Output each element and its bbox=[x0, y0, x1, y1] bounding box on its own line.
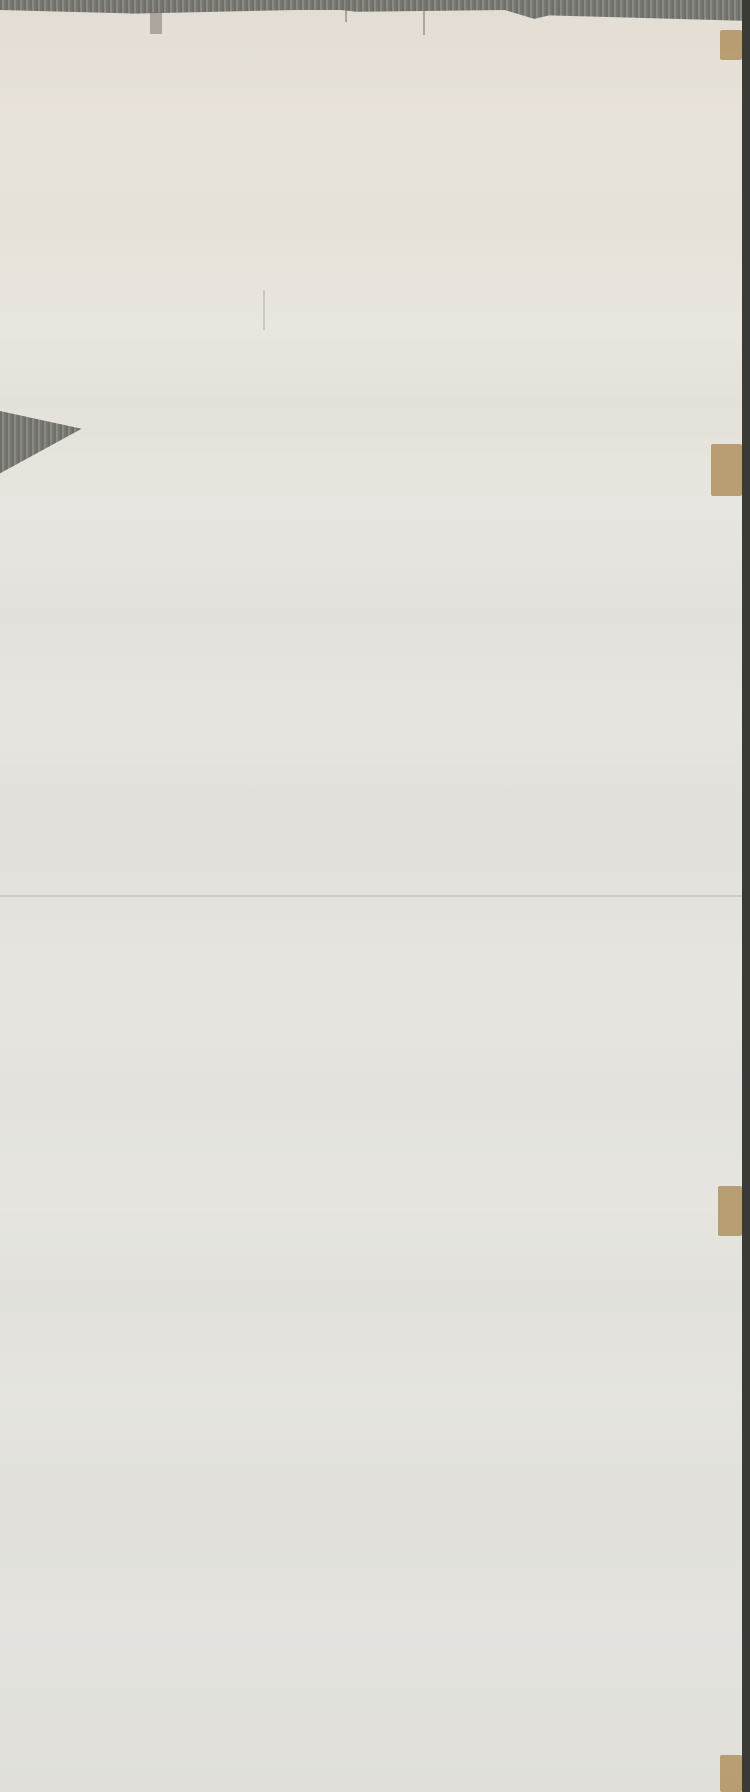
poster-back-paper bbox=[0, 10, 742, 1792]
paper-mark bbox=[263, 290, 265, 330]
edge-shadow bbox=[742, 0, 750, 1792]
tape-piece bbox=[720, 30, 742, 60]
tear-crack bbox=[345, 0, 347, 22]
tape-piece bbox=[711, 444, 742, 496]
tape-piece bbox=[718, 1186, 742, 1236]
paper-mark bbox=[150, 12, 162, 34]
tape-piece bbox=[720, 1755, 742, 1792]
fold-crease bbox=[0, 895, 742, 897]
tear-crack bbox=[423, 0, 425, 35]
